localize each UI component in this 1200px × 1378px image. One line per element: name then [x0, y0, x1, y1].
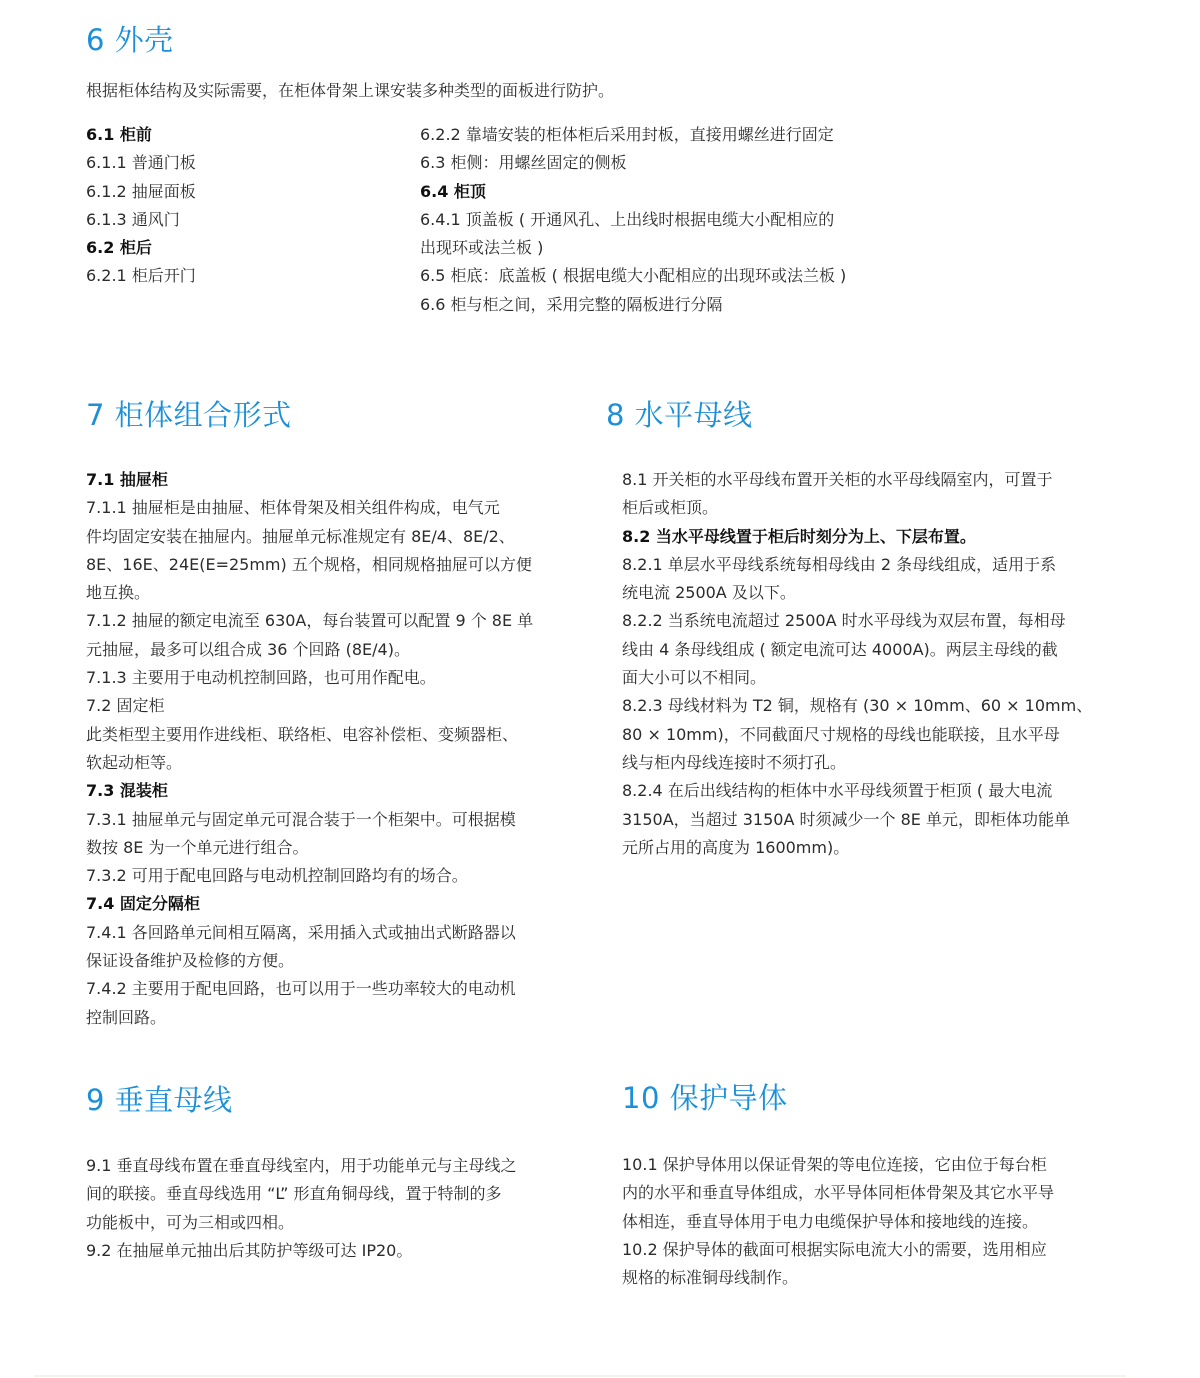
body-line: 件均固定安装在抽屉内。抽屉单元标准规定有 8E/4、8E/2、	[86, 523, 533, 551]
body-line: 规格的标准铜母线制作。	[622, 1264, 1054, 1292]
body-line: 6.1.1 普通门板	[86, 149, 196, 177]
section-10-body: 10.1 保护导体用以保证骨架的等电位连接，它由位于每台柜内的水平和垂直导体组成…	[622, 1151, 1054, 1292]
section-8-body: 8.1 开关柜的水平母线布置开关柜的水平母线隔室内，可置于柜后或柜顶。8.2 当…	[622, 466, 1092, 862]
body-line: 8E、16E、24E(E=25mm) 五个规格，相同规格抽屉可以方便	[86, 551, 533, 579]
subheading: 6.4 柜顶	[420, 178, 846, 206]
body-line: 7.1.2 抽屉的额定电流至 630A，每台装置可以配置 9 个 8E 单	[86, 607, 533, 635]
page-bottom-edge	[34, 1375, 1126, 1377]
subheading: 6.1 柜前	[86, 121, 196, 149]
body-line: 7.2 固定柜	[86, 692, 533, 720]
body-line: 10.2 保护导体的截面可根据实际电流大小的需要，选用相应	[622, 1236, 1054, 1264]
body-line: 6.5 柜底：底盖板 ( 根据电缆大小配相应的出现环或法兰板 )	[420, 262, 846, 290]
body-line: 6.3 柜侧：用螺丝固定的侧板	[420, 149, 846, 177]
subheading: 7.3 混装柜	[86, 777, 533, 805]
section-10-title: 10 保护导体	[622, 1080, 788, 1116]
body-line: 6.1.3 通风门	[86, 206, 196, 234]
body-line: 软起动柜等。	[86, 749, 533, 777]
body-line: 80 × 10mm)，不同截面尺寸规格的母线也能联接，且水平母	[622, 721, 1092, 749]
body-line: 元所占用的高度为 1600mm)。	[622, 834, 1092, 862]
section-9-body: 9.1 垂直母线布置在垂直母线室内，用于功能单元与主母线之间的联接。垂直母线选用…	[86, 1152, 517, 1265]
body-line: 8.2.4 在后出线结构的柜体中水平母线须置于柜顶 ( 最大电流	[622, 777, 1092, 805]
body-line: 统电流 2500A 及以下。	[622, 579, 1092, 607]
body-line: 内的水平和垂直导体组成，水平导体同柜体骨架及其它水平导	[622, 1179, 1054, 1207]
section-6-intro-text: 根据柜体结构及实际需要，在柜体骨架上课安装多种类型的面板进行防护。	[86, 77, 614, 105]
body-line: 面大小可以不相同。	[622, 664, 1092, 692]
section-8-title: 8 水平母线	[606, 397, 753, 433]
body-line: 8.1 开关柜的水平母线布置开关柜的水平母线隔室内，可置于	[622, 466, 1092, 494]
body-line: 控制回路。	[86, 1004, 533, 1032]
body-line: 10.1 保护导体用以保证骨架的等电位连接，它由位于每台柜	[622, 1151, 1054, 1179]
section-6-title: 6 外壳	[86, 22, 174, 58]
body-line: 7.3.1 抽屉单元与固定单元可混合装于一个柜架中。可根据模	[86, 806, 533, 834]
body-line: 8.2.3 母线材料为 T2 铜，规格有 (30 × 10mm、60 × 10m…	[622, 692, 1092, 720]
body-line: 7.3.2 可用于配电回路与电动机控制回路均有的场合。	[86, 862, 533, 890]
body-line: 6.2.2 靠墙安装的柜体柜后采用封板，直接用螺丝进行固定	[420, 121, 846, 149]
section-9-title: 9 垂直母线	[86, 1082, 233, 1118]
subheading: 7.4 固定分隔柜	[86, 890, 533, 918]
body-line: 9.2 在抽屉单元抽出后其防护等级可达 IP20。	[86, 1237, 517, 1265]
subheading: 8.2 当水平母线置于柜后时刻分为上、下层布置。	[622, 523, 1092, 551]
body-line: 此类柜型主要用作进线柜、联络柜、电容补偿柜、变频器柜、	[86, 721, 533, 749]
body-line: 间的联接。垂直母线选用 “L” 形直角铜母线，置于特制的多	[86, 1180, 517, 1208]
body-line: 体相连，垂直导体用于电力电缆保护导体和接地线的连接。	[622, 1208, 1054, 1236]
body-line: 8.2.2 当系统电流超过 2500A 时水平母线为双层布置，每相母	[622, 607, 1092, 635]
body-line: 线与柜内母线连接时不须打孔。	[622, 749, 1092, 777]
body-line: 6.1.2 抽屉面板	[86, 178, 196, 206]
body-line: 6.4.1 顶盖板 ( 开通风孔、上出线时根据电缆大小配相应的	[420, 206, 846, 234]
subheading: 6.2 柜后	[86, 234, 196, 262]
body-line: 元抽屉，最多可以组合成 36 个回路 (8E/4)。	[86, 636, 533, 664]
body-line: 6.6 柜与柜之间，采用完整的隔板进行分隔	[420, 291, 846, 319]
body-line: 数按 8E 为一个单元进行组合。	[86, 834, 533, 862]
body-line: 7.1.1 抽屉柜是由抽屉、柜体骨架及相关组件构成，电气元	[86, 494, 533, 522]
section-7-body: 7.1 抽屉柜7.1.1 抽屉柜是由抽屉、柜体骨架及相关组件构成，电气元件均固定…	[86, 466, 533, 1032]
body-line: 8.2.1 单层水平母线系统每相母线由 2 条母线组成，适用于系	[622, 551, 1092, 579]
body-line: 线由 4 条母线组成 ( 额定电流可达 4000A)。两层主母线的截	[622, 636, 1092, 664]
body-line: 柜后或柜顶。	[622, 494, 1092, 522]
body-line: 7.4.2 主要用于配电回路，也可以用于一些功率较大的电动机	[86, 975, 533, 1003]
body-line: 7.1.3 主要用于电动机控制回路，也可用作配电。	[86, 664, 533, 692]
subheading: 7.1 抽屉柜	[86, 466, 533, 494]
body-line: 7.4.1 各回路单元间相互隔离，采用插入式或抽出式断路器以	[86, 919, 533, 947]
body-line: 功能板中，可为三相或四相。	[86, 1209, 517, 1237]
body-line: 出现环或法兰板 )	[420, 234, 846, 262]
section-6-left-column: 6.1 柜前6.1.1 普通门板6.1.2 抽屉面板6.1.3 通风门6.2 柜…	[86, 121, 196, 291]
body-line: 6.2.1 柜后开门	[86, 262, 196, 290]
section-6-intro: 根据柜体结构及实际需要，在柜体骨架上课安装多种类型的面板进行防护。	[86, 77, 614, 105]
section-7-title: 7 柜体组合形式	[86, 397, 292, 433]
section-6-right-column: 6.2.2 靠墙安装的柜体柜后采用封板，直接用螺丝进行固定6.3 柜侧：用螺丝固…	[420, 121, 846, 319]
body-line: 地互换。	[86, 579, 533, 607]
body-line: 3150A，当超过 3150A 时须减少一个 8E 单元，即柜体功能单	[622, 806, 1092, 834]
body-line: 保证设备维护及检修的方便。	[86, 947, 533, 975]
body-line: 9.1 垂直母线布置在垂直母线室内，用于功能单元与主母线之	[86, 1152, 517, 1180]
